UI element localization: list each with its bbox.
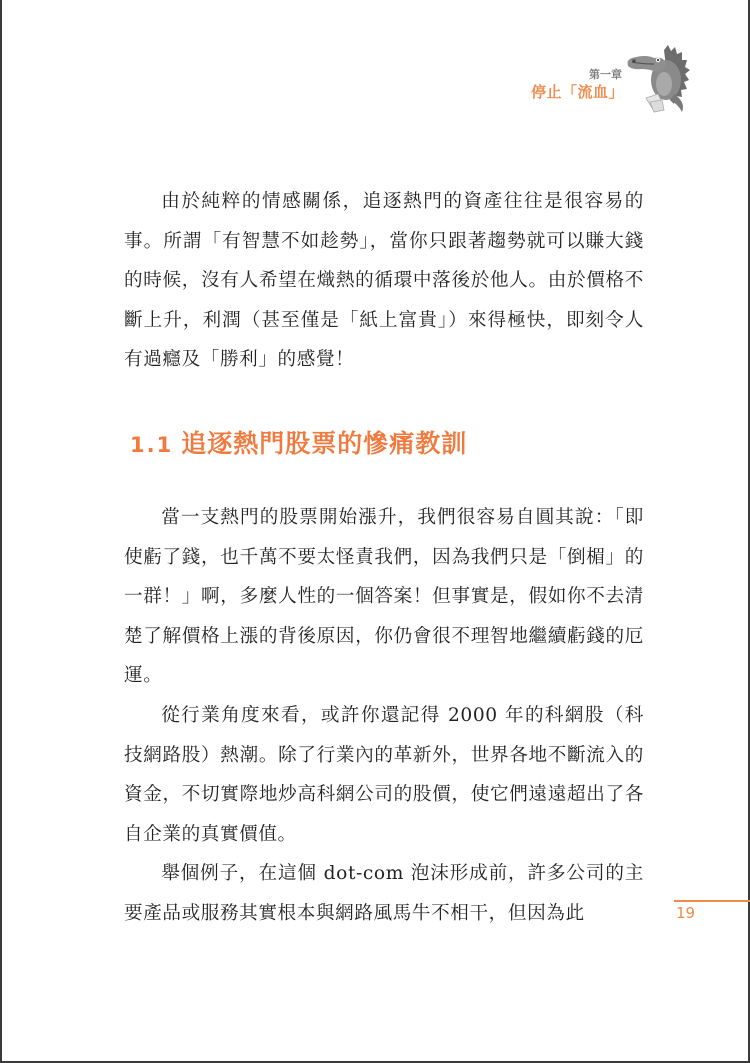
- paragraph: 由於純粹的情感關係，追逐熱門的資產往往是很容易的事。所謂「有智慧不如趁勢」，當你…: [124, 182, 644, 380]
- section-heading: 1.1追逐熱門股票的慘痛教訓: [130, 424, 467, 460]
- book-page: 第一章 停止「流血」 由於純粹的情感關係，追逐熱門的資產往往是很容易的事。所謂「…: [0, 0, 750, 1063]
- paragraph: 從行業角度來看，或許你還記得 2000 年的科網股（科技網路股）熱潮。除了行業內…: [124, 696, 644, 854]
- page-number: 19: [676, 904, 695, 922]
- page-number-rule: [674, 900, 750, 902]
- section-number: 1.1: [130, 433, 173, 457]
- paragraph: 舉個例子，在這個 dot-com 泡沫形成前，許多公司的主要產品或服務其實根本與…: [124, 854, 644, 933]
- paragraph: 當一支熱門的股票開始漲升，我們很容易自圓其說：「即使虧了錢，也千萬不要太怪責我們…: [124, 498, 644, 696]
- intro-text: 由於純粹的情感關係，追逐熱門的資產往往是很容易的事。所謂「有智慧不如趁勢」，當你…: [124, 182, 644, 380]
- chapter-title: 停止「流血」: [531, 82, 624, 102]
- chapter-number: 第一章: [531, 68, 622, 82]
- chapter-header: 第一章 停止「流血」: [531, 68, 624, 102]
- section-text: 當一支熱門的股票開始漲升，我們很容易自圓其說：「即使虧了錢，也千萬不要太怪責我們…: [124, 498, 644, 934]
- crocodile-mascot-icon: [624, 42, 700, 114]
- section-title: 追逐熱門股票的慘痛教訓: [181, 429, 467, 458]
